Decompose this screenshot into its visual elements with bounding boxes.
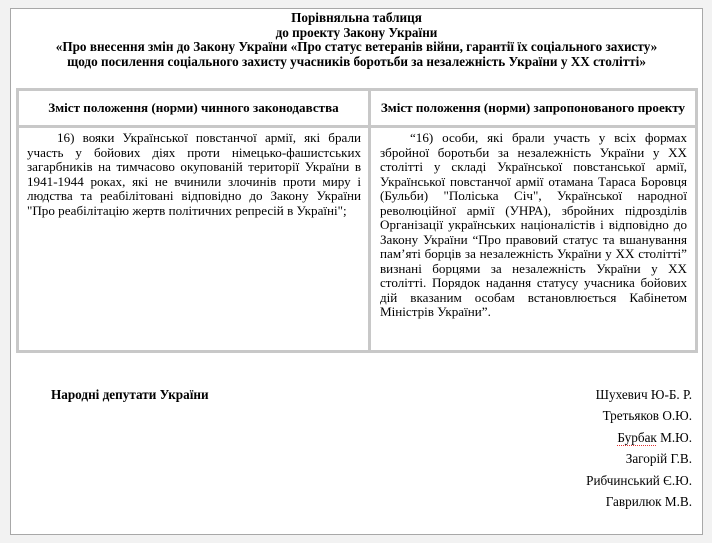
header-current-law: Зміст положення (норми) чинного законода… xyxy=(18,90,370,127)
signatory-name: Загорій Г.В. xyxy=(586,451,692,472)
signatory-name: Третьяков О.Ю. xyxy=(586,408,692,429)
table-header-row: Зміст положення (норми) чинного законода… xyxy=(18,90,697,127)
document-title: Порівняльна таблиця до проекту Закону Ук… xyxy=(11,11,702,69)
signatory-name: Бурбак М.Ю. xyxy=(586,430,692,451)
signatory-name: Шухевич Ю-Б. Р. xyxy=(586,387,692,408)
cell-current-law: 16) вояки Української повстанчої армії, … xyxy=(18,127,370,352)
signatory-name: Гаврилюк М.В. xyxy=(586,494,692,515)
table-row: 16) вояки Української повстанчої армії, … xyxy=(18,127,697,352)
header-proposed-draft: Зміст положення (норми) запропонованого … xyxy=(370,90,697,127)
title-line: Порівняльна таблиця xyxy=(11,11,702,26)
proposed-draft-text: “16) особи, які брали участь у всіх форм… xyxy=(380,131,687,320)
signatory-name: Рибчинський Є.Ю. xyxy=(586,473,692,494)
title-line: «Про внесення змін до Закону України «Пр… xyxy=(11,40,702,55)
misspelled-word-marker: Бурбак xyxy=(617,430,656,445)
cell-proposed-draft: “16) особи, які брали участь у всіх форм… xyxy=(370,127,697,352)
signatories-label: Народні депутати України xyxy=(51,387,209,403)
signatories-list: Шухевич Ю-Б. Р. Третьяков О.Ю. Бурбак М.… xyxy=(586,387,692,515)
title-line: до проекту Закону України xyxy=(11,26,702,41)
comparison-table: Зміст положення (норми) чинного законода… xyxy=(16,88,698,353)
document-page: Порівняльна таблиця до проекту Закону Ук… xyxy=(10,8,703,535)
current-law-text: 16) вояки Української повстанчої армії, … xyxy=(27,131,361,218)
title-line: щодо посилення соціального захисту учасн… xyxy=(11,55,702,70)
